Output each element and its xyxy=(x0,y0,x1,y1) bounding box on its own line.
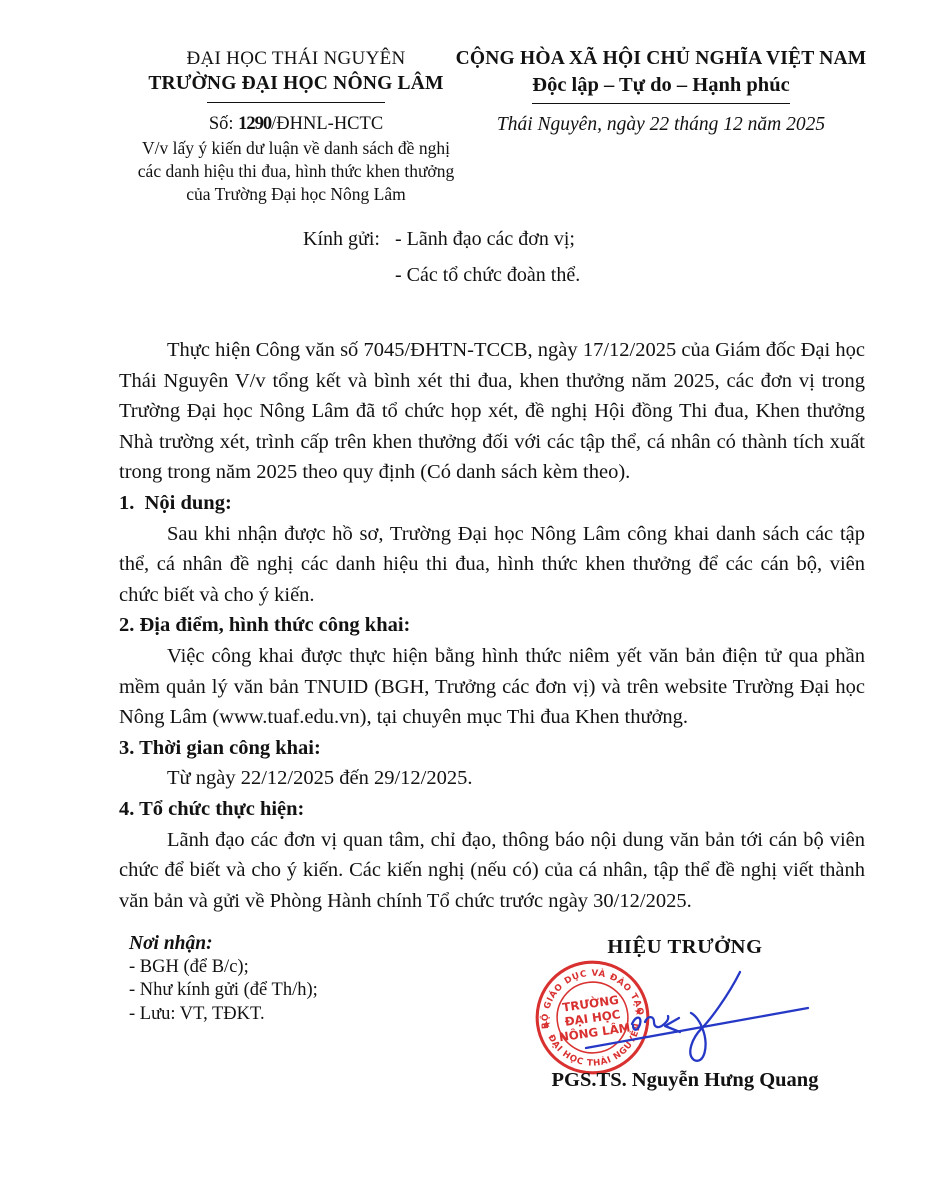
signature-stroke xyxy=(690,972,740,1061)
issuing-org-block: ĐẠI HỌC THÁI NGUYÊN TRƯỜNG ĐẠI HỌC NÔNG … xyxy=(100,48,492,206)
parent-org-name: ĐẠI HỌC THÁI NGUYÊN xyxy=(100,48,492,70)
noi-nhan-block: Nơi nhận: - BGH (để B/c); - Như kính gửi… xyxy=(129,932,318,1026)
motto-underline xyxy=(532,103,790,104)
star-icon: ★ xyxy=(542,1019,552,1031)
national-motto: Độc lập – Tự do – Hạnh phúc xyxy=(452,74,870,97)
section-paragraph-2: Việc công khai được thực hiện bằng hình … xyxy=(119,641,865,733)
doc-number-suffix: /ĐHNL-HCTC xyxy=(271,114,383,134)
recipients-block: Kính gửi: - Lãnh đạo các đơn vị; - Các t… xyxy=(303,228,927,287)
subject-line: V/v lấy ý kiến dư luận về danh sách đề n… xyxy=(100,137,492,160)
recipients-label: Kính gửi: xyxy=(303,228,395,251)
doc-number-value: 1290 xyxy=(238,114,271,134)
signature-stroke xyxy=(632,1016,668,1030)
noi-nhan-item: - Như kính gửi (để Th/h); xyxy=(129,979,318,1003)
recipient-item: - Lãnh đạo các đơn vị; xyxy=(395,228,927,251)
section-paragraph-1: Sau khi nhận được hồ sơ, Trường Đại học … xyxy=(119,519,865,611)
signer-name: PGS.TS. Nguyễn Hưng Quang xyxy=(500,1069,870,1092)
national-header-block: CỘNG HÒA XÃ HỘI CHỦ NGHĨA VIỆT NAM Độc l… xyxy=(452,48,870,136)
subject-line: các danh hiệu thi đua, hình thức khen th… xyxy=(100,160,492,183)
place-date-line: Thái Nguyên, ngày 22 tháng 12 năm 2025 xyxy=(452,114,870,136)
noi-nhan-item: - Lưu: VT, TĐKT. xyxy=(129,1003,318,1027)
org-underline xyxy=(207,102,385,103)
intro-paragraph: Thực hiện Công văn số 7045/ĐHTN-TCCB, ng… xyxy=(119,335,865,488)
document-page: ĐẠI HỌC THÁI NGUYÊN TRƯỜNG ĐẠI HỌC NÔNG … xyxy=(0,0,927,1200)
doc-number-prefix: Số: xyxy=(209,114,238,134)
noi-nhan-label: Nơi nhận: xyxy=(129,932,318,956)
republic-title: CỘNG HÒA XÃ HỘI CHỦ NGHĨA VIỆT NAM xyxy=(452,48,870,70)
handwritten-signature xyxy=(582,968,812,1068)
document-number: Số: 1290/ĐHNL-HCTC xyxy=(100,114,492,135)
signature-stroke xyxy=(586,1008,808,1048)
recipient-item: - Các tổ chức đoàn thể. xyxy=(395,264,927,287)
subject-line: của Trường Đại học Nông Lâm xyxy=(100,183,492,206)
org-name: TRƯỜNG ĐẠI HỌC NÔNG LÂM xyxy=(100,73,492,95)
document-footer: Nơi nhận: - BGH (để B/c); - Như kính gửi… xyxy=(0,918,927,1200)
section-paragraph-4: Lãnh đạo các đơn vị quan tâm, chỉ đạo, t… xyxy=(119,825,865,917)
section-paragraph-3: Từ ngày 22/12/2025 đến 29/12/2025. xyxy=(119,763,865,794)
section-heading-2: 2. Địa điểm, hình thức công khai: xyxy=(119,610,865,641)
section-heading-1: 1. Nội dung: xyxy=(119,488,865,519)
document-header: ĐẠI HỌC THÁI NGUYÊN TRƯỜNG ĐẠI HỌC NÔNG … xyxy=(0,0,927,228)
noi-nhan-item: - BGH (để B/c); xyxy=(129,956,318,980)
section-heading-3: 3. Thời gian công khai: xyxy=(119,733,865,764)
section-heading-4: 4. Tổ chức thực hiện: xyxy=(119,794,865,825)
document-subject: V/v lấy ý kiến dư luận về danh sách đề n… xyxy=(100,137,492,206)
document-body: Thực hiện Công văn số 7045/ĐHTN-TCCB, ng… xyxy=(119,335,865,916)
